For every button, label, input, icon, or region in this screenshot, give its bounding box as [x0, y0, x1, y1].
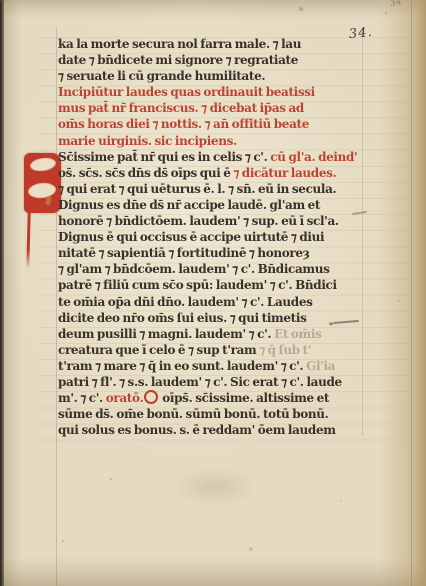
rubric-text: ⁊ dicātur laudes. — [233, 166, 336, 180]
manuscript-text: deum pusilli ⁊ magni. laudem' ⁊ c'. — [58, 327, 274, 341]
rubric-text: mus pat̄ nr̄ franciscus. ⁊ dicebat ip̄as… — [58, 101, 304, 115]
decorated-initial-s: S — [24, 153, 61, 213]
manuscript-line: t'ram ⁊ mare ⁊ q̄ in eo sunt. laudem' ⁊ … — [58, 358, 388, 374]
manuscript-line: dicite deo nr̄o om̄s ſui eius. ⁊ qui tim… — [58, 310, 388, 326]
manuscript-text: date ⁊ bn̄dicete mi signore ⁊ regratiate — [58, 53, 298, 67]
manuscript-line: ⁊ gl'am ⁊ bn̄dcōem. laudem' ⁊ c'. Bn̄dic… — [58, 261, 388, 277]
left-margin-ruling-line — [56, 28, 57, 586]
manuscript-text: Dignus ē qui occisus ē accipe uirtutē ⁊ … — [58, 230, 324, 244]
manuscript-text: t'ram ⁊ mare ⁊ q̄ in eo sunt. laudem' ⁊ … — [58, 359, 306, 373]
manuscript-line: nitatē ⁊ sapientiā ⁊ fortitudinē ⁊ honor… — [58, 245, 388, 261]
parchment-speckles — [0, 0, 2, 2]
manuscript-text: ⁊ q̄ ſub t' — [259, 343, 311, 357]
manuscript-text: nitatē ⁊ sapientiā ⁊ fortitudinē ⁊ honor… — [58, 246, 310, 260]
manuscript-text: ka la morte secura nol farra male. ⁊ lau — [58, 37, 301, 51]
manuscript-text: dicite deo nr̄o om̄s ſui eius. ⁊ qui tim… — [58, 311, 306, 325]
manuscript-line: sūme ds̄. om̄e bonū. sūmū bonū. totū bon… — [58, 406, 388, 422]
photo-left-edge — [0, 0, 4, 586]
manuscript-line: ⁊ seruate li cū grande humilitate. — [58, 68, 388, 84]
rubric-text: oratō. — [106, 391, 144, 405]
manuscript-line: creatura que ī celo ē ⁊ sup t'ram ⁊ q̄ ſ… — [58, 342, 388, 358]
manuscript-line: marie uirginis. sic incipiens. — [58, 133, 388, 149]
manuscript-text: Dignus es dn̄e ds̄ nr̄ accipe laudē. gl'… — [58, 198, 320, 212]
rubric-text: om̄s horas diei ⁊ nottis. ⁊ an̄ offitiū … — [58, 117, 309, 131]
manuscript-text: ⁊ gl'am ⁊ bn̄dcōem. laudem' ⁊ c'. Bn̄dic… — [58, 262, 330, 276]
manuscript-text: sūme ds̄. om̄e bonū. sūmū bonū. totū bon… — [58, 407, 329, 421]
manuscript-text: creatura que ī celo ē ⁊ sup t'ram — [58, 343, 259, 357]
manuscript-text: te om̄ia op̄a dn̄i dn̄o. laudem' ⁊ c'. L… — [58, 295, 313, 309]
manuscript-text: patrē ⁊ filiū cum sc̄o spū: laudem' ⁊ c'… — [58, 278, 337, 292]
manuscript-line: date ⁊ bn̄dicete mi signore ⁊ regratiate — [58, 52, 388, 68]
initial-s-flourish-tail — [26, 211, 30, 267]
manuscript-line: mus pat̄ nr̄ franciscus. ⁊ dicebat ip̄as… — [58, 100, 388, 116]
manuscript-line: ⁊ qui erat ⁊ qui uēturus ē. l. ⁊ sn̄. eū… — [58, 181, 388, 197]
manuscript-line: patrē ⁊ filiū cum sc̄o spū: laudem' ⁊ c'… — [58, 277, 388, 293]
rubric-text: marie uirginis. sic incipiens. — [58, 134, 237, 148]
manuscript-text: Sc̄issime pat̄ nr̄ qui es in celis ⁊ c'. — [58, 150, 270, 164]
manuscript-text: oīps̄. sc̄issime. altissime et — [159, 391, 329, 405]
manuscript-line: Dignus es dn̄e ds̄ nr̄ accipe laudē. gl'… — [58, 197, 388, 213]
manuscript-text: Et om̄is — [274, 327, 321, 341]
manuscript-line: os̄. sc̄s. sc̄s dn̄s ds̄ oīps qui ē ⁊ di… — [58, 165, 388, 181]
leaf-right-edge — [411, 0, 412, 586]
manuscript-line: Dignus ē qui occisus ē accipe uirtutē ⁊ … — [58, 229, 388, 245]
initial-s-top-lobe — [29, 156, 57, 172]
manuscript-text: Gl'ia — [306, 359, 335, 373]
manuscript-line: qui solus es bonus. s. ē reddam' ōem lau… — [58, 422, 388, 438]
manuscript-line: om̄s horas diei ⁊ nottis. ⁊ an̄ offitiū … — [58, 116, 388, 132]
decorated-initial-s-letter: S — [24, 153, 25, 154]
manuscript-line: deum pusilli ⁊ magni. laudem' ⁊ c'. Et o… — [58, 326, 388, 342]
text-block: ka la morte secura nol farra male. ⁊ lau… — [58, 36, 388, 438]
manuscript-line: patri ⁊ fl'. ⁊ s.s. laudem' ⁊ c'. Sic er… — [58, 374, 388, 390]
rubric-text: cū gl'a. deind' — [270, 150, 357, 164]
manuscript-page: 34 34. S ka la morte secura nol farra ma… — [0, 0, 426, 586]
manuscript-text: patri ⁊ fl'. ⁊ s.s. laudem' ⁊ c'. Sic er… — [58, 375, 342, 389]
manuscript-text: ⁊ seruate li cū grande humilitate. — [58, 69, 265, 83]
manuscript-text: ⁊ qui erat ⁊ qui uēturus ē. l. ⁊ sn̄. eū… — [58, 182, 336, 196]
rubric-text: Incipiūtur laudes quas ordinauit beatiss… — [58, 85, 315, 99]
manuscript-text: honorē ⁊ bn̄dictōem. laudem' ⁊ sup. eū ī… — [58, 214, 339, 228]
manuscript-text: os̄. sc̄s. sc̄s dn̄s ds̄ oīps qui ē — [58, 166, 233, 180]
manuscript-line: Incipiūtur laudes quas ordinauit beatiss… — [58, 84, 388, 100]
folio-number-corner: 34 — [389, 0, 402, 9]
manuscript-line: Sc̄issime pat̄ nr̄ qui es in celis ⁊ c'.… — [58, 149, 388, 165]
initial-s-bottom-lobe — [27, 182, 56, 200]
manuscript-line: ka la morte secura nol farra male. ⁊ lau — [58, 36, 388, 52]
manuscript-line: honorē ⁊ bn̄dictōem. laudem' ⁊ sup. eū ī… — [58, 213, 388, 229]
manuscript-line: m'. ⁊ c'. oratō.O oīps̄. sc̄issime. alti… — [58, 390, 388, 406]
manuscript-text: m'. ⁊ c'. — [58, 391, 106, 405]
manuscript-line: te om̄ia op̄a dn̄i dn̄o. laudem' ⁊ c'. L… — [58, 294, 388, 310]
decorated-initial-o: O — [144, 390, 158, 404]
manuscript-text: qui solus es bonus. s. ē reddam' ōem lau… — [58, 423, 336, 437]
